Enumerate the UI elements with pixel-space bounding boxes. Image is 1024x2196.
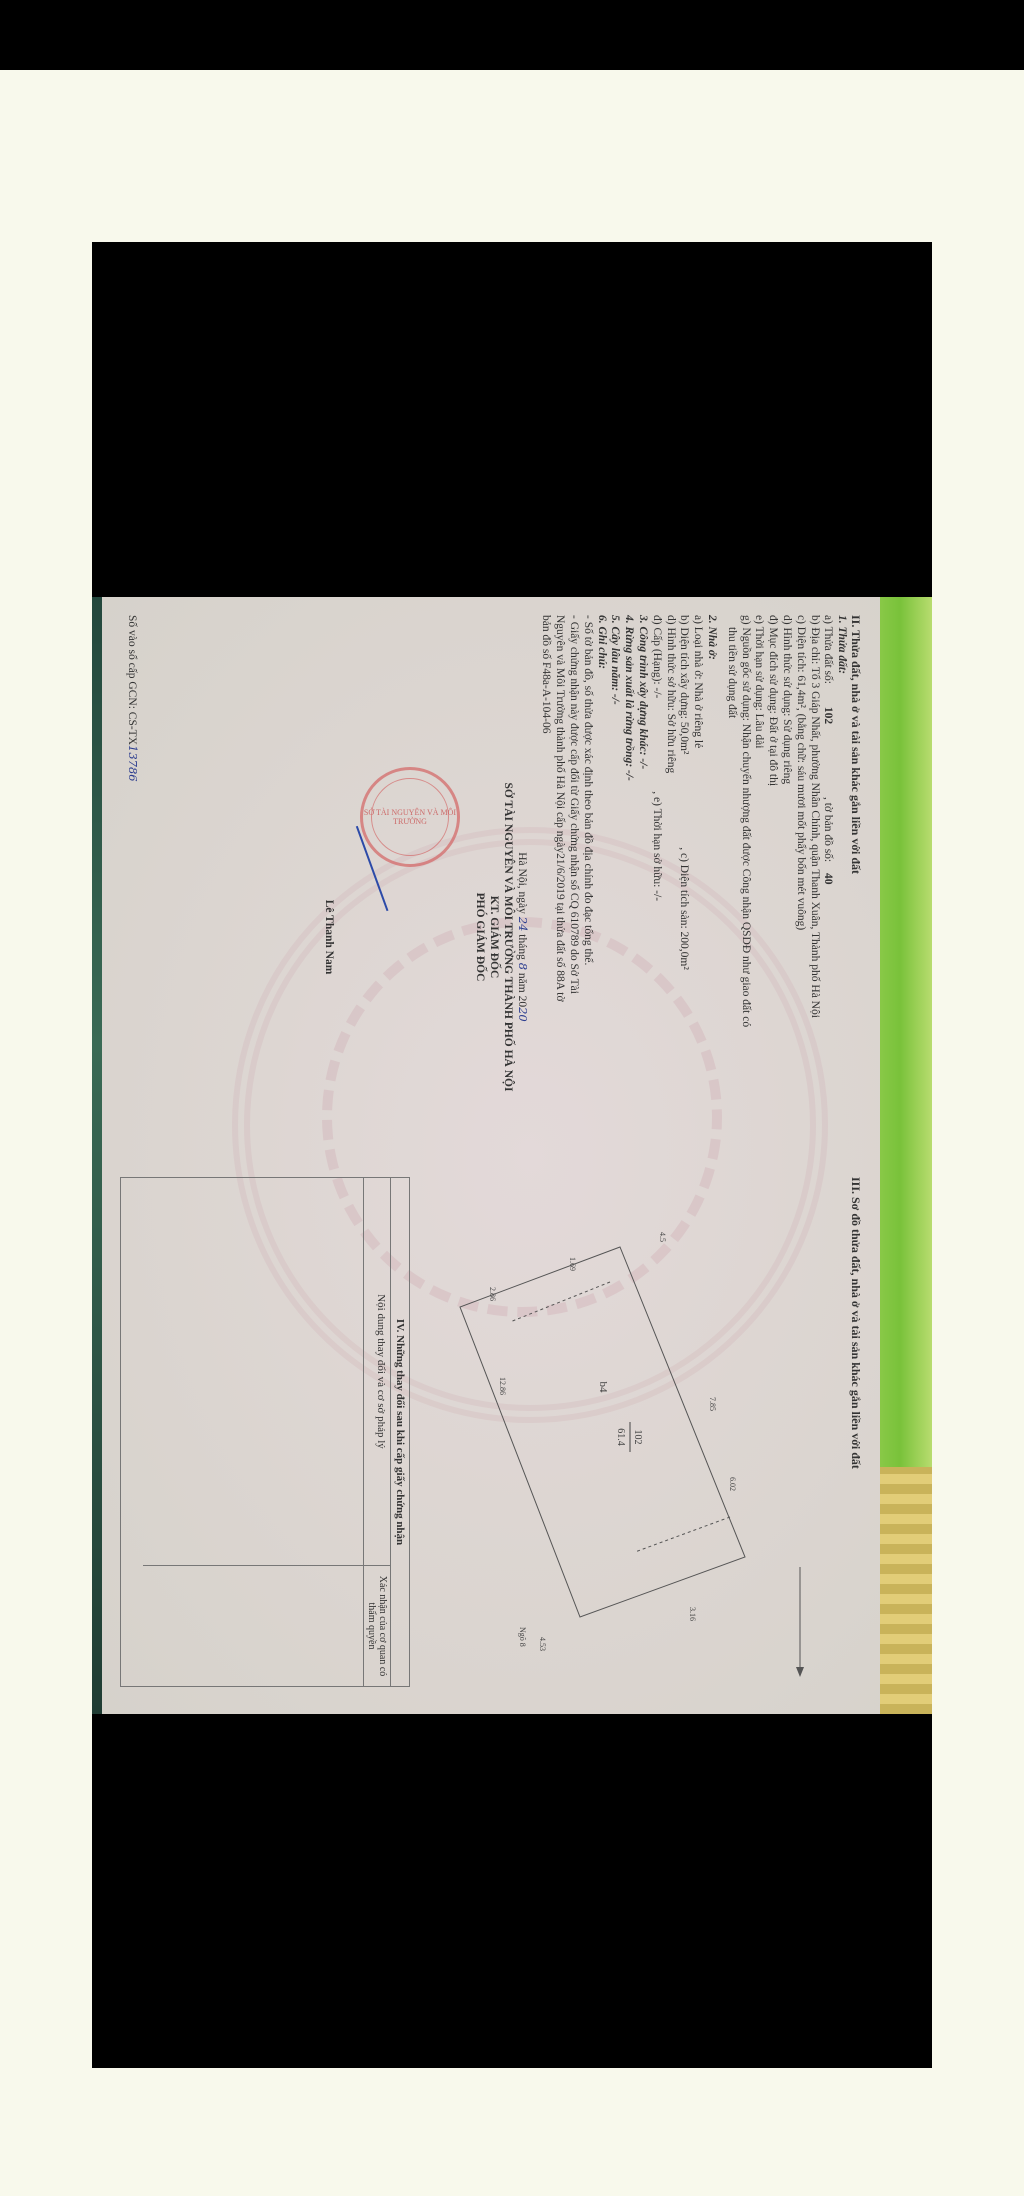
col-authority-confirm: Xác nhận của cơ quan có thẩm quyền bbox=[364, 1566, 390, 1686]
parcel-line: a) Thửa đất số: 102 , tờ bản đồ số: 40 bbox=[821, 615, 835, 1155]
svg-text:3.16: 3.16 bbox=[688, 1607, 697, 1621]
svg-text:2.86: 2.86 bbox=[488, 1287, 497, 1301]
svg-text:4.53: 4.53 bbox=[538, 1637, 547, 1651]
parcel-diagram: 102 61.4 b4 Ngõ 8 7.856.023.164.532.8612… bbox=[440, 1187, 840, 1687]
section-iii-heading: III. Sơ đồ thửa đất, nhà ở và tài sản kh… bbox=[848, 1177, 862, 1697]
origin-line-2: thu tiền sử dụng đất bbox=[724, 615, 738, 1155]
document-photo[interactable]: II. Thửa đất, nhà ở và tài sản khác gắn … bbox=[92, 597, 932, 1714]
section-iv-table: IV. Những thay đổi sau khi cấp giấy chứn… bbox=[120, 1177, 410, 1687]
house-heading: 2. Nhà ở: bbox=[704, 615, 718, 1155]
ownership-line: d) Hình thức sở hữu: Sở hữu riêng bbox=[663, 615, 677, 1155]
section-ii-heading: II. Thửa đất, nhà ở và tài sản khác gắn … bbox=[848, 615, 862, 1155]
issuing-org: SỞ TÀI NGUYÊN VÀ MÔI TRƯỜNG THÀNH PHỐ HÀ… bbox=[501, 747, 515, 1127]
forest-line: 4. Rừng sản xuất là rừng trồng: -/- bbox=[621, 615, 635, 1155]
land-heading: 1. Thửa đất: bbox=[834, 615, 848, 1155]
perennial-line: 5. Cây lâu năm: -/- bbox=[608, 615, 622, 1155]
origin-line-1: g) Nguồn gốc sử dụng: Nhận chuyển nhượng… bbox=[738, 615, 752, 1155]
svg-text:102: 102 bbox=[632, 1430, 643, 1445]
address-line: b) Địa chỉ: Tổ 3 Giáp Nhất, phường Nhân … bbox=[807, 615, 821, 1155]
svg-text:61.4: 61.4 bbox=[615, 1428, 626, 1446]
section-iv-heading: IV. Những thay đổi sau khi cấp giấy chứn… bbox=[390, 1178, 409, 1686]
section-ii: II. Thửa đất, nhà ở và tài sản khác gắn … bbox=[539, 615, 862, 1155]
authority-confirm-cell bbox=[143, 1566, 363, 1686]
signature-block: Hà Nội, ngày 24 tháng 8 năm 2020 SỞ TÀI … bbox=[473, 747, 530, 1127]
area-line: c) Diện tích: 61,4m², (bằng chữ: sáu mươ… bbox=[793, 615, 807, 1155]
notes-line-2: - Giấy chứng nhận này được cấp đổi từ Gi… bbox=[566, 615, 580, 1155]
notes-heading: 6. Ghi chú: bbox=[594, 615, 608, 1155]
signer-title: PHÓ GIÁM ĐỐC bbox=[473, 747, 487, 1127]
svg-text:Ngõ 8: Ngõ 8 bbox=[518, 1627, 527, 1647]
parcel-number: 102 bbox=[822, 687, 834, 794]
map-sheet-number: 40 bbox=[822, 865, 834, 885]
house-type-line: a) Loại nhà ở: Nhà ở riêng lẻ bbox=[690, 615, 704, 1155]
use-form-line: d) Hình thức sử dụng: Sử dụng riêng bbox=[779, 615, 793, 1155]
svg-text:1.69: 1.69 bbox=[568, 1257, 577, 1271]
svg-text:7.85: 7.85 bbox=[708, 1397, 717, 1411]
svg-text:b4: b4 bbox=[597, 1382, 609, 1394]
change-content-cell bbox=[143, 1178, 363, 1566]
certificate-paper: II. Thửa đất, nhà ở và tài sản khác gắn … bbox=[102, 597, 880, 1714]
signer-name: Lê Thanh Nam bbox=[323, 747, 335, 1127]
col-change-content: Nội dung thay đổi và cơ sở pháp lý bbox=[364, 1178, 390, 1566]
registry-number: Số vào sổ cấp GCN: CS-TX13786 bbox=[126, 615, 140, 782]
svg-text:4.5: 4.5 bbox=[658, 1232, 667, 1242]
notes-line-3: Nguyên và Môi Trường thành phố Hà Nội cấ… bbox=[552, 615, 566, 1155]
other-works-line: 3. Công trình xây dựng khác: -/- bbox=[635, 615, 649, 1155]
on-behalf: KT. GIÁM ĐỐC bbox=[487, 747, 501, 1127]
rotated-document-content: II. Thửa đất, nhà ở và tài sản khác gắn … bbox=[102, 597, 880, 1714]
status-bar bbox=[0, 0, 1024, 70]
purpose-line: đ) Mục đích sử dụng: Đất ở tại đô thị bbox=[765, 615, 779, 1155]
svg-text:12.86: 12.86 bbox=[498, 1377, 507, 1395]
svg-text:6.02: 6.02 bbox=[728, 1477, 737, 1491]
built-area-line: b) Diện tích xây dựng: 50,0m² , c) Diện … bbox=[677, 615, 691, 1155]
notes-line-4: bản đồ số F48a-A-104-06 bbox=[539, 615, 553, 1155]
issue-date: Hà Nội, ngày 24 tháng 8 năm 2020 bbox=[515, 747, 530, 1127]
term-line: e) Thời hạn sử dụng: Lâu dài bbox=[752, 615, 766, 1155]
grade-line: đ) Cấp (Hạng): -/- , e) Thời hạn sở hữu:… bbox=[649, 615, 663, 1155]
notes-line-1: - Số tờ bản đồ, số thửa được xác định th… bbox=[580, 615, 594, 1155]
section-iii: III. Sơ đồ thửa đất, nhà ở và tài sản kh… bbox=[848, 1177, 862, 1697]
